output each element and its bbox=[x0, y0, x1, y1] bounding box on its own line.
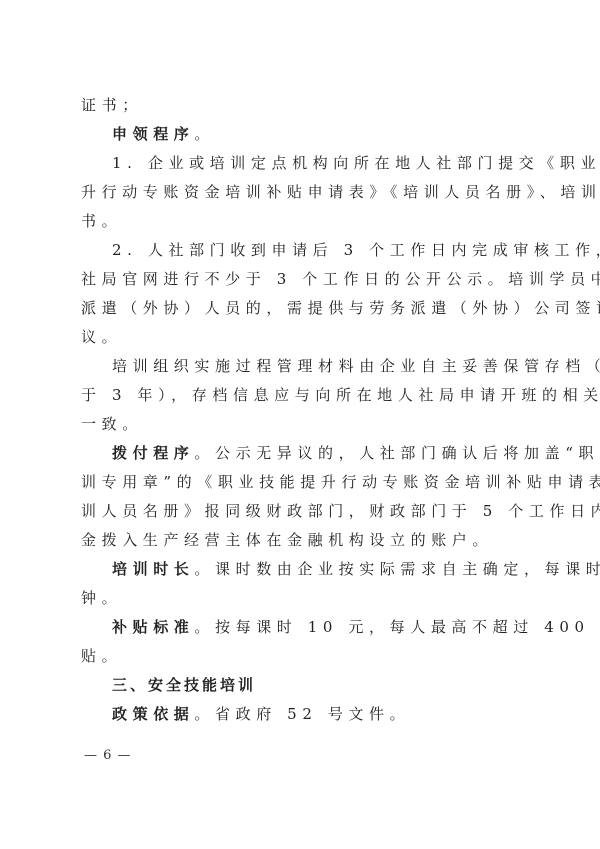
line-text: 于 3 年），存档信息应与向所在地人社局申请开班的相关信息保持 bbox=[81, 386, 600, 404]
line-text: 书。 bbox=[81, 212, 122, 230]
text-line: 于 3 年），存档信息应与向所在地人社局申请开班的相关信息保持 bbox=[81, 385, 517, 405]
line-text: 。公示无异议的，人社部门确认后将加盖“职业培 bbox=[194, 444, 600, 462]
text-line: 钟。 bbox=[81, 588, 517, 608]
line-text: 。课时数由企业按实际需求自主确定，每课时 45 分 bbox=[194, 560, 600, 578]
line-text: 。省政府 52 号文件。 bbox=[194, 705, 410, 723]
line-text: 议。 bbox=[81, 328, 122, 346]
line-text: 证书； bbox=[81, 96, 143, 114]
section-heading: 三、安全技能培训 bbox=[112, 675, 517, 695]
line-text: 。按每课时 10 元，每人最高不超过 400 元给予补 bbox=[194, 618, 600, 636]
paragraph-label: 培训时长 bbox=[112, 560, 194, 578]
text-line: 金拨入生产经营主体在金融机构设立的账户。 bbox=[81, 530, 517, 550]
paragraph-label: 政策依据 bbox=[112, 705, 194, 723]
text-line: 升行动专账资金培训补贴申请表》《培训人员名册》、培训合格证 bbox=[81, 182, 517, 202]
text-line: 训专用章”的《职业技能提升行动专账资金培训补贴申请表》《培 bbox=[81, 472, 517, 492]
text-line: 拨付程序。公示无异议的，人社部门确认后将加盖“职业培 bbox=[112, 443, 517, 463]
document-page: 证书；申领程序。1. 企业或培训定点机构向所在地人社部门提交《职业技能提升行动专… bbox=[0, 0, 600, 849]
line-text: 2. 人社部门收到申请后 3 个工作日内完成审核工作，并在人 bbox=[112, 241, 600, 259]
line-text: 一致。 bbox=[81, 415, 143, 433]
paragraph-label: 申领程序 bbox=[112, 125, 194, 143]
text-line: 申领程序。 bbox=[112, 124, 517, 144]
paragraph-label: 拨付程序 bbox=[112, 444, 194, 462]
line-text: 。 bbox=[194, 125, 215, 143]
paragraph-label: 补贴标准 bbox=[112, 618, 194, 636]
text-line: 政策依据。省政府 52 号文件。 bbox=[112, 704, 517, 724]
line-text: 社局官网进行不少于 3 个工作日的公开公示。培训学员中有劳务 bbox=[81, 270, 600, 288]
text-line: 社局官网进行不少于 3 个工作日的公开公示。培训学员中有劳务 bbox=[81, 269, 517, 289]
text-line: 培训组织实施过程管理材料由企业自主妥善保管存档（不少 bbox=[112, 356, 517, 376]
text-line: 训人员名册》报同级财政部门，财政部门于 5 个工作日内将补贴资 bbox=[81, 501, 517, 521]
line-text: 升行动专账资金培训补贴申请表》《培训人员名册》、培训合格证 bbox=[81, 183, 600, 201]
text-line: 派遣（外协）人员的，需提供与劳务派遣（外协）公司签订的用工协 bbox=[81, 298, 517, 318]
line-text: 1. 企业或培训定点机构向所在地人社部门提交《职业技能提 bbox=[112, 154, 600, 172]
text-line: 1. 企业或培训定点机构向所在地人社部门提交《职业技能提 bbox=[112, 153, 517, 173]
text-line: 贴。 bbox=[81, 646, 517, 666]
line-text: 训人员名册》报同级财政部门，财政部门于 5 个工作日内将补贴资 bbox=[81, 502, 600, 520]
line-text: 培训组织实施过程管理材料由企业自主妥善保管存档（不少 bbox=[112, 357, 600, 375]
text-line: 补贴标准。按每课时 10 元，每人最高不超过 400 元给予补 bbox=[112, 617, 517, 637]
section-heading-text: 三、安全技能培训 bbox=[112, 676, 256, 694]
text-line: 2. 人社部门收到申请后 3 个工作日内完成审核工作，并在人 bbox=[112, 240, 517, 260]
text-line: 议。 bbox=[81, 327, 517, 347]
line-text: 贴。 bbox=[81, 647, 122, 665]
text-line: 书。 bbox=[81, 211, 517, 231]
page-number: — 6 — bbox=[84, 748, 132, 763]
line-text: 训专用章”的《职业技能提升行动专账资金培训补贴申请表》《培 bbox=[81, 473, 600, 491]
text-line: 一致。 bbox=[81, 414, 517, 434]
line-text: 金拨入生产经营主体在金融机构设立的账户。 bbox=[81, 531, 493, 549]
line-text: 钟。 bbox=[81, 589, 122, 607]
text-line: 证书； bbox=[81, 95, 517, 115]
text-line: 培训时长。课时数由企业按实际需求自主确定，每课时 45 分 bbox=[112, 559, 517, 579]
line-text: 派遣（外协）人员的，需提供与劳务派遣（外协）公司签订的用工协 bbox=[81, 299, 600, 317]
